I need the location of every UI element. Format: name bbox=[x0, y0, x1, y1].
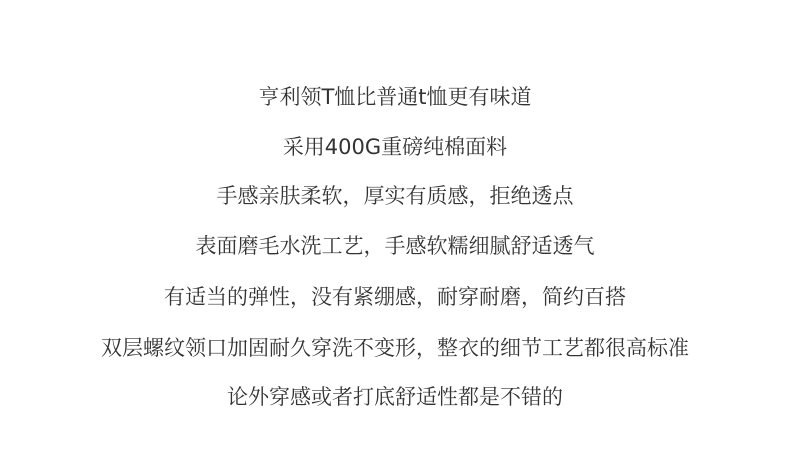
description-line-feel: 手感亲肤柔软，厚实有质感，拒绝透点 bbox=[0, 183, 790, 209]
description-line-henley-tee: 亨利领T恤比普通t恤更有味道 bbox=[0, 84, 790, 110]
description-line-elasticity: 有适当的弹性，没有紧绷感，耐穿耐磨，简约百搭 bbox=[0, 284, 790, 310]
description-line-collar: 双层螺纹领口加固耐久穿洗不变形，整衣的细节工艺都很高标准 bbox=[0, 335, 790, 361]
description-line-fabric: 采用400G重磅纯棉面料 bbox=[0, 134, 790, 160]
description-line-finish: 表面磨毛水洗工艺，手感软糯细腻舒适透气 bbox=[0, 233, 790, 259]
product-description: 亨利领T恤比普通t恤更有味道 采用400G重磅纯棉面料 手感亲肤柔软，厚实有质感… bbox=[0, 0, 790, 461]
description-line-comfort: 论外穿感或者打底舒适性都是不错的 bbox=[0, 384, 790, 410]
